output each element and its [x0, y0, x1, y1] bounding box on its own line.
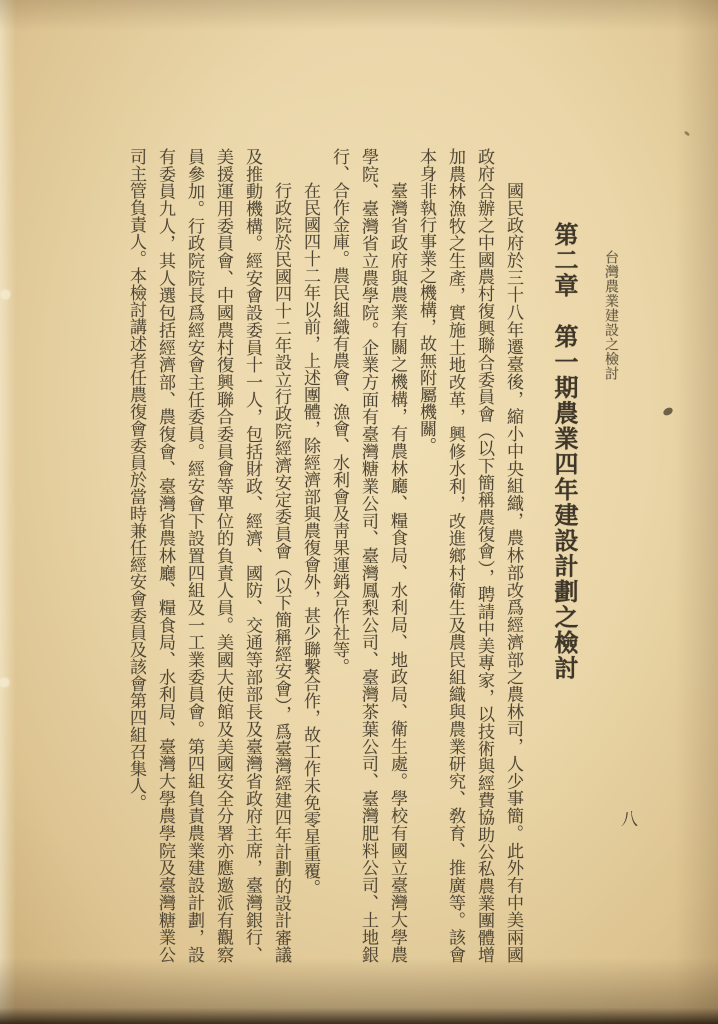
paragraph-3: 在民國四十二年以前，上述團體，除經濟部與農復會外，甚少聯繫合作，故工作未免零星重…: [295, 148, 324, 963]
ink-blot: [662, 406, 674, 417]
chapter-title: 第二章 第一期農業四年建設計劃之檢討: [547, 222, 582, 681]
page-number: 八: [615, 810, 640, 827]
paragraph-2: 臺灣省政府與農業有關之機構，有農林廳、糧食局、水利局、地政局、衛生處。學校有國立…: [324, 148, 411, 963]
binding-hole: [0, 678, 9, 687]
ink-speck: [346, 584, 350, 588]
paragraph-1: 國民政府於三十八年遷臺後，縮小中央組織，農林部改爲經濟部之農林司，人少事簡。此外…: [411, 148, 527, 963]
body-text: 國民政府於三十八年遷臺後，縮小中央組織，農林部改爲經濟部之農林司，人少事簡。此外…: [118, 148, 527, 963]
running-head: 台灣農業建設之檢討: [601, 250, 621, 381]
ink-speck: [684, 130, 691, 136]
paragraph-4: 行政院於民國四十二年設立行政院經濟安定委員會（以下簡稱經安會），爲臺灣經建四年計…: [121, 148, 295, 963]
scanned-page: 台灣農業建設之檢討 第二章 第一期農業四年建設計劃之檢討 國民政府於三十八年遷臺…: [0, 0, 718, 1024]
binding-hole: [1, 290, 10, 299]
